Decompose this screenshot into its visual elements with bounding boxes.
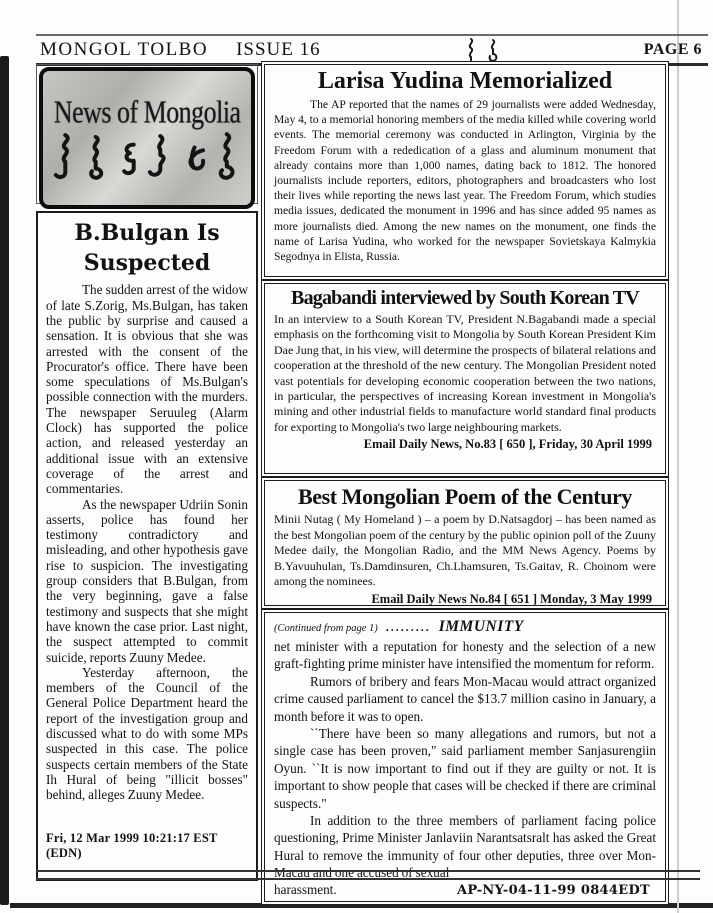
wire-credit: AP-NY-04-11-99 0844EDT — [457, 883, 650, 898]
paragraph: net minister with a reputation for hones… — [274, 638, 656, 673]
paragraph: Minii Nutag ( My Homeland ) – a poem by … — [274, 512, 656, 590]
paragraph: As the newspaper Udriin Sonin asserts, p… — [46, 497, 248, 665]
article-yudina: Larisa Yudina Memorialized The AP report… — [264, 64, 666, 277]
paragraph: Rumors of bribery and fears Mon-Macau wo… — [274, 673, 656, 725]
source-credit: Email Daily News No.84 [ 651 ] Monday, 3… — [274, 592, 656, 606]
bottom-double-rule — [36, 870, 700, 880]
article-poem: Best Mongolian Poem of the Century Minii… — [264, 480, 666, 606]
paragraph-end: harassment. — [274, 882, 337, 898]
dots-ornament: ......... — [386, 620, 431, 635]
article-bagabandi: Bagabandi interviewed by South Korean TV… — [264, 283, 666, 474]
scan-edge-left — [0, 56, 9, 905]
newspaper-title: MONGOL TOLBO — [40, 39, 208, 61]
article-title: IMMUNITY — [439, 618, 524, 636]
article-title: B.Bulgan Is Suspected — [46, 219, 248, 278]
article-title: Bagabandi interviewed by South Korean TV — [274, 287, 656, 310]
continued-from-label: (Continued from page 1) — [274, 623, 378, 634]
page-body: News of Mongolia B.Bulgan Is Suspected — [36, 64, 666, 902]
source-credit: Email Daily News, No.83 [ 650 ], Friday,… — [274, 437, 656, 452]
right-column: Larisa Yudina Memorialized The AP report… — [264, 64, 666, 902]
scan-edge-bottom — [10, 903, 713, 908]
masthead-ornament — [321, 37, 644, 63]
article-bulgan: B.Bulgan Is Suspected The sudden arrest … — [36, 211, 258, 881]
paragraph: The AP reported that the names of 29 jou… — [274, 97, 656, 264]
article-title: Best Mongolian Poem of the Century — [274, 484, 656, 510]
article-immunity: (Continued from page 1) ......... IMMUNI… — [264, 612, 666, 902]
logo-box: News of Mongolia — [36, 64, 258, 204]
mongolian-script-banner-icon — [52, 132, 242, 180]
paragraph: ``There have been so many allegations an… — [274, 725, 656, 812]
logo-inner: News of Mongolia — [39, 67, 255, 209]
paragraph: In an interview to a South Korean TV, Pr… — [274, 312, 656, 435]
mongolian-script-icon — [487, 37, 500, 63]
scan-fold-line — [677, 0, 679, 913]
final-line: harassment. AP-NY-04-11-99 0844EDT — [274, 882, 656, 898]
mongolian-script-icon — [464, 37, 477, 63]
dateline: Fri, 12 Mar 1999 10:21:17 EST (EDN) — [46, 831, 248, 869]
continuation-header: (Continued from page 1) ......... IMMUNI… — [274, 618, 656, 636]
logo-title: News of Mongolia — [54, 94, 241, 131]
issue-number: ISSUE 16 — [236, 39, 321, 61]
paragraph: Yesterday afternoon, the members of the … — [46, 665, 248, 803]
article-title: Larisa Yudina Memorialized — [274, 68, 656, 95]
left-column: News of Mongolia B.Bulgan Is Suspected — [36, 64, 258, 902]
paragraph: The sudden arrest of the widow of late S… — [46, 282, 248, 496]
page-number: PAGE 6 — [644, 41, 702, 59]
masthead: MONGOL TOLBO ISSUE 16 PAGE 6 — [36, 34, 708, 66]
